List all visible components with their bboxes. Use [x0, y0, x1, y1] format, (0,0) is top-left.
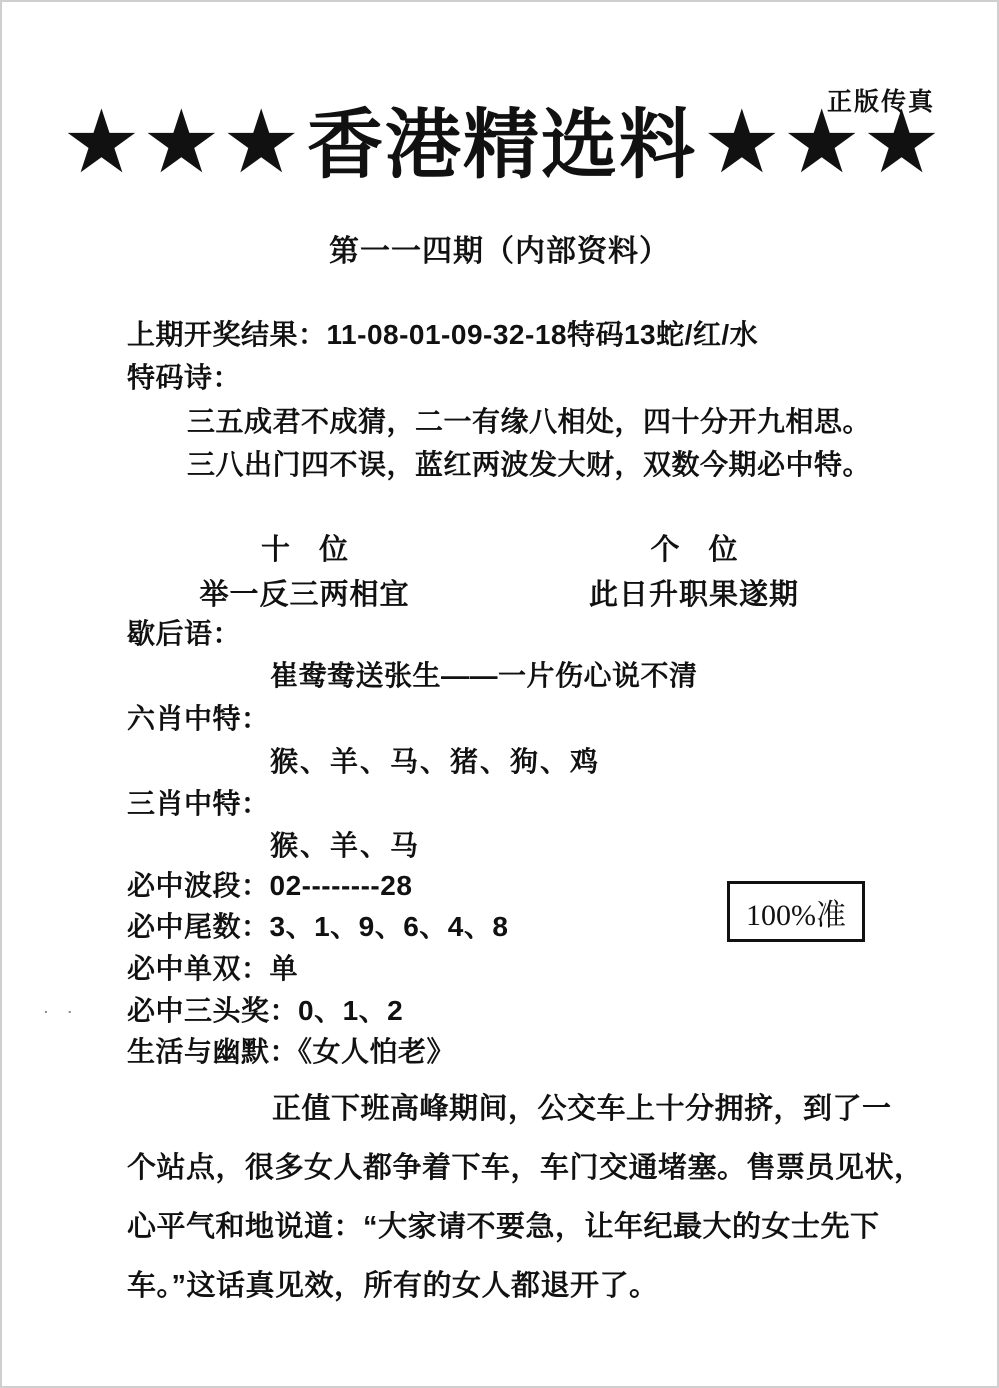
- three-zodiac-label: 三肖中特：: [127, 789, 270, 820]
- accuracy-badge: 100%准: [727, 881, 865, 942]
- wave-range-line: 必中波段：02--------28: [127, 871, 412, 902]
- tail-numbers-label: 必中尾数：: [127, 911, 270, 942]
- stars-right-icon: ★★★: [702, 98, 942, 186]
- six-zodiac-value: 猴、羊、马、猪、狗、鸡: [270, 747, 600, 778]
- issue-subtitle: 第一一四期（内部资料）: [2, 226, 997, 270]
- head-prize-line: 必中三头奖：0、1、2: [127, 996, 403, 1027]
- wave-range-label: 必中波段：: [127, 870, 270, 901]
- scan-artifact-dots: . .: [44, 1000, 80, 1016]
- story-line: 正值下班高峰期间，公交车上十分拥挤，到了一: [127, 1080, 937, 1139]
- story-line: 心平气和地说道：“大家请不要急，让年纪最大的女士先下: [127, 1198, 937, 1257]
- story-line: 个站点，很多女人都争着下车，车门交通堵塞。售票员见状，: [127, 1139, 937, 1198]
- six-zodiac-label: 六肖中特：: [127, 704, 270, 735]
- odd-even-label: 必中单双：: [127, 953, 270, 984]
- poem-line-1: 三五成君不成猜，二一有缘八相处，四十分开九相思。: [187, 407, 871, 438]
- tail-numbers-line: 必中尾数：3、1、9、6、4、8: [127, 912, 508, 943]
- humor-title-line: 生活与幽默：《女人怕老》: [127, 1037, 455, 1068]
- odd-even-line: 必中单双：单: [127, 954, 298, 985]
- head-prize-label: 必中三头奖：: [127, 995, 298, 1026]
- last-result-label: 上期开奖结果：: [127, 319, 327, 350]
- head-prize-value: 0、1、2: [298, 995, 403, 1026]
- three-zodiac-value: 猴、羊、马: [270, 831, 420, 862]
- masthead: ★★★ 香港精选料 ★★★: [62, 94, 942, 198]
- story-line: 车。”这话真见效，所有的女人都退开了。: [127, 1257, 937, 1316]
- accuracy-badge-text: 100%准: [746, 890, 846, 934]
- stars-left-icon: ★★★: [62, 98, 302, 186]
- xiehouyu-label: 歇后语：: [127, 619, 241, 650]
- fax-page: 正版传真 ★★★ 香港精选料 ★★★ 第一一四期（内部资料） 上期开奖结果：11…: [0, 0, 999, 1388]
- page-title: 香港精选料: [307, 108, 697, 184]
- tail-numbers-value: 3、1、9、6、4、8: [270, 911, 509, 942]
- odd-even-value: 单: [270, 953, 299, 984]
- special-poem-label: 特码诗：: [127, 363, 241, 394]
- ones-phrase: 此日升职果遂期: [580, 572, 808, 613]
- ones-column-title: 个 位: [580, 527, 808, 568]
- humor-story-paragraph: 正值下班高峰期间，公交车上十分拥挤，到了一 个站点，很多女人都争着下车，车门交通…: [127, 1080, 937, 1316]
- tens-column-title: 十 位: [192, 527, 417, 568]
- humor-title-label: 生活与幽默：: [127, 1036, 298, 1067]
- last-result-line: 上期开奖结果：11-08-01-09-32-18特码13蛇/红/水: [127, 320, 758, 351]
- xiehouyu-text: 崔鸯鸯送张生——一片伤心说不清: [270, 661, 698, 692]
- wave-range-value: 02--------28: [270, 870, 413, 901]
- poem-line-2: 三八出门四不误，蓝红两波发大财，双数今期必中特。: [187, 450, 871, 481]
- humor-title-value: 《女人怕老》: [298, 1036, 455, 1067]
- tens-phrase: 举一反三两相宜: [192, 572, 417, 613]
- last-result-value: 11-08-01-09-32-18特码13蛇/红/水: [327, 319, 759, 350]
